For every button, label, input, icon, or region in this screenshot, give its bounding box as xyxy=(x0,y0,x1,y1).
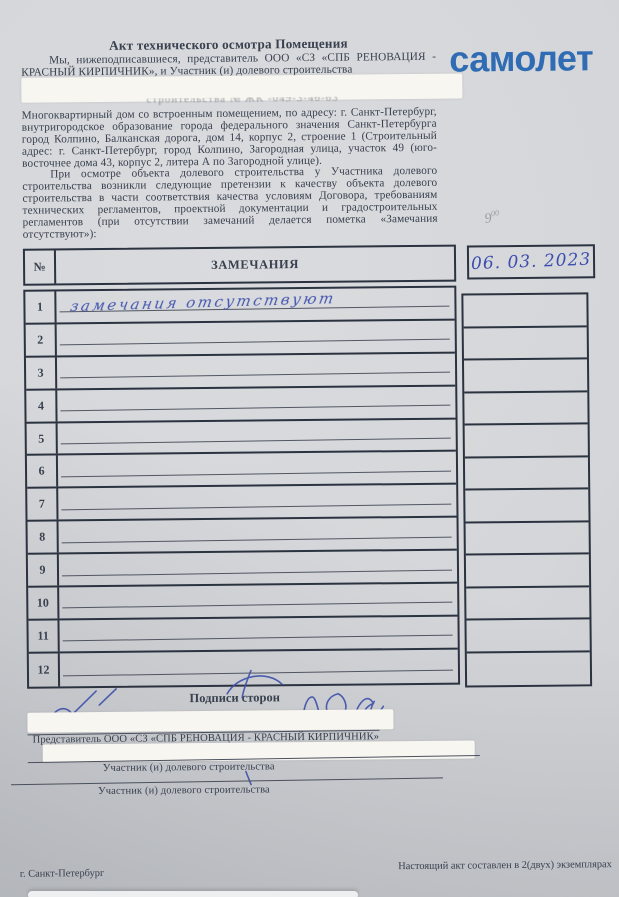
row-content-cell xyxy=(60,649,458,686)
status-cell xyxy=(464,327,587,361)
handwritten-date: 06. 03. 2023 xyxy=(471,250,592,274)
table-row: 4 xyxy=(26,386,455,423)
status-cell xyxy=(466,522,589,556)
footer-city: г. Санкт-Петербург xyxy=(20,868,104,880)
participant-label-2: Участник (и) долевого строительства xyxy=(98,784,270,797)
row-writing-line xyxy=(62,569,452,576)
row-writing-line xyxy=(61,438,451,445)
row-writing-line xyxy=(61,471,451,478)
status-column xyxy=(461,292,592,687)
table-row: 9 xyxy=(28,551,457,588)
status-cell xyxy=(466,619,589,653)
participant-label-1: Участник (и) долевого строительства xyxy=(103,761,275,774)
row-content-cell xyxy=(59,616,457,651)
row-content-cell xyxy=(59,584,457,619)
table-row: 3 xyxy=(26,353,455,390)
row-number-cell: 8 xyxy=(28,522,59,553)
row-number-cell: 11 xyxy=(28,620,59,651)
status-cell xyxy=(466,554,589,588)
date-box: 06. 03. 2023 xyxy=(467,244,595,279)
row-number-cell: 5 xyxy=(27,423,58,454)
table-row: 7 xyxy=(27,485,456,522)
row-writing-line xyxy=(60,372,450,379)
table-row: 11 xyxy=(28,616,457,653)
row-number-cell: 12 xyxy=(29,653,60,686)
row-content-cell xyxy=(58,452,456,487)
row-content-cell xyxy=(58,485,456,520)
column-header-number: № xyxy=(25,250,56,283)
table-row: 10 xyxy=(28,584,457,621)
table-row: 8 xyxy=(28,518,457,555)
row-content-cell xyxy=(59,551,457,586)
row-content-cell xyxy=(57,320,455,355)
address-paragraph: Многоквартирный дом со встроенным помеще… xyxy=(22,107,438,171)
table-row: 2 xyxy=(26,320,455,357)
row-number-cell: 4 xyxy=(26,390,57,421)
status-cell xyxy=(464,359,587,393)
redaction-box-2 xyxy=(27,709,393,733)
signatures-heading: Подписи сторон xyxy=(27,689,442,708)
row1-handwriting: замечания отсутствуют xyxy=(69,289,338,315)
samolet-logo: самолет xyxy=(449,37,593,80)
paper-sheet: самолет Акт технического осмотра Помещен… xyxy=(0,0,619,897)
status-cell xyxy=(465,457,588,491)
row-number-cell: 2 xyxy=(26,324,57,355)
row-writing-line xyxy=(60,405,450,412)
document-photo: самолет Акт технического осмотра Помещен… xyxy=(0,0,619,897)
status-cell xyxy=(467,652,590,686)
remarks-table-body: 1замечания отсутствуют23456789101112 xyxy=(23,286,460,689)
row-writing-line xyxy=(62,536,452,543)
row-content-cell xyxy=(59,518,457,553)
row-number-cell: 3 xyxy=(26,357,57,388)
row-writing-line xyxy=(60,339,450,346)
row-number-cell: 7 xyxy=(27,489,58,520)
row-content-cell xyxy=(57,353,455,388)
status-cell xyxy=(465,424,588,458)
table-row: 12 xyxy=(29,649,458,686)
column-header-remarks: ЗАМЕЧАНИЯ xyxy=(56,247,454,284)
row-number-cell: 10 xyxy=(28,587,59,618)
status-cell xyxy=(465,489,588,523)
row-content-cell xyxy=(58,419,456,454)
status-cell xyxy=(466,587,589,621)
row-writing-line xyxy=(61,503,451,510)
table-row: 5 xyxy=(27,419,456,456)
row-writing-line xyxy=(63,669,453,676)
row-writing-line xyxy=(63,635,453,642)
table-row: 1замечания отсутствуют xyxy=(25,288,454,325)
row-content-cell xyxy=(57,386,455,421)
row-number-cell: 1 xyxy=(25,291,56,322)
table-row: 6 xyxy=(27,452,456,489)
row-writing-line xyxy=(62,602,452,609)
pencil-time-note: 900 xyxy=(483,208,500,228)
row-content-cell: замечания отсутствуют xyxy=(56,288,454,323)
footer-copies-note: Настоящий акт составлен в 2(двух) экземп… xyxy=(398,859,612,872)
row-number-cell: 9 xyxy=(28,555,59,586)
row-number-cell: 6 xyxy=(27,456,58,487)
inspection-paragraph: При осмотре объекта долевого строительст… xyxy=(22,166,438,241)
status-cell xyxy=(463,294,586,328)
status-cell xyxy=(464,392,587,426)
remarks-table-header: № ЗАМЕЧАНИЯ xyxy=(23,245,456,286)
